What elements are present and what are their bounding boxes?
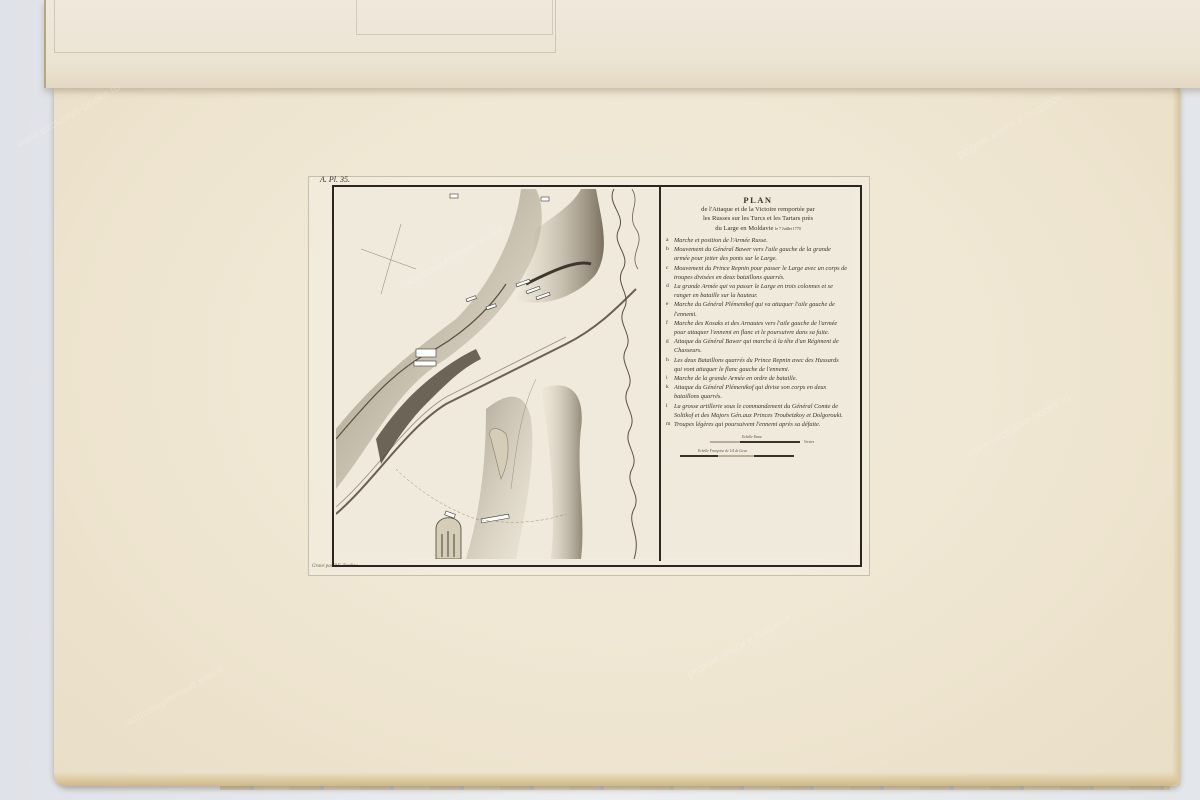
legend-list: aMarche et position de l'Armée Russe. bM…	[662, 236, 854, 429]
legend-key: a	[666, 236, 674, 245]
show-through-plate-inner	[356, 0, 553, 35]
legend-item: iMarche de la grande Armée en ordre de b…	[666, 374, 848, 383]
legend-item: bMouvement du Général Bawer vers l'aile …	[666, 245, 848, 263]
subtitle-line: du Large en Moldavie le 7 Juillet 1770	[666, 224, 850, 233]
legend-text: Les deux Bataillons quarrés du Prince Re…	[674, 356, 848, 374]
legend-item: dLa grande Armée qui va passer le Large …	[666, 282, 848, 300]
scale-bar-russian	[740, 441, 800, 443]
scale-bar-french	[754, 455, 794, 457]
legend-item: gAttaque du Général Bawer qui marche à l…	[666, 337, 848, 355]
legend-subtitle: de l'Attaque et de la Victoire remportée…	[662, 205, 854, 233]
subtitle-line: de l'Attaque et de la Victoire remportée…	[666, 205, 850, 214]
legend-item: aMarche et position de l'Armée Russe.	[666, 236, 848, 245]
plate-number: A. Pl. 35.	[320, 175, 350, 184]
legend-text: Mouvement du Général Bawer vers l'aile g…	[674, 245, 848, 263]
legend-text: Marche des Kosaks et des Arnautes vers l…	[674, 319, 848, 337]
scale-russian-label: Echelle Russe	[742, 435, 762, 439]
legend-key: d	[666, 282, 674, 300]
legend-divider	[659, 187, 661, 561]
deckle-edge	[1172, 86, 1180, 786]
legend-key: i	[666, 374, 674, 383]
legend-key: k	[666, 383, 674, 401]
ridge-southeast	[541, 385, 582, 559]
map-scales: Echelle Russe Verstes Echelle Françoise …	[662, 435, 854, 475]
legend-item: mTroupes légères qui poursuivent l'ennem…	[666, 420, 848, 429]
legend-key: l	[666, 402, 674, 420]
legend-item: fMarche des Kosaks et des Arnautes vers …	[666, 319, 848, 337]
ridge-south	[466, 397, 532, 559]
subtitle-line: les Russes sur les Turcs et les Tartars …	[666, 214, 850, 223]
legend-text: Attaque du Général Plémenikof qui divise…	[674, 383, 848, 401]
legend-item: eMarche du Général Plémenikof qui va att…	[666, 300, 848, 318]
folded-top-leaf	[44, 0, 1200, 88]
legend-key: g	[666, 337, 674, 355]
legend-item: hLes deux Bataillons quarrés du Prince R…	[666, 356, 848, 374]
scale-russian-unit: Verstes	[804, 440, 814, 444]
legend-date: le 7 Juillet 1770	[775, 226, 801, 231]
legend-key: h	[666, 356, 674, 374]
legend-key: b	[666, 245, 674, 263]
scale-bar-french	[718, 455, 754, 457]
scale-french-label: Echelle Françoise de 1/4 de Lieue	[698, 449, 747, 453]
legend-text: Marche de la grande Armée en ordre de ba…	[674, 374, 848, 383]
map-legend: PLAN de l'Attaque et de la Victoire remp…	[662, 189, 854, 559]
subtitle-line-text: du Large en Moldavie	[715, 225, 773, 232]
legend-key: f	[666, 319, 674, 337]
legend-text: Marche et position de l'Armée Russe.	[674, 236, 848, 245]
scale-bar-russian	[710, 441, 740, 443]
legend-item: kAttaque du Général Plémenikof qui divis…	[666, 383, 848, 401]
legend-text: Marche du Général Plémenikof qui va atta…	[674, 300, 848, 318]
legend-title: PLAN	[662, 195, 854, 205]
legend-text: La grosse artillerie sous le commandemen…	[674, 402, 848, 420]
engraved-map	[336, 189, 658, 559]
legend-text: Mouvement du Prince Repnin pour passer l…	[674, 264, 848, 282]
scale-bar-french	[680, 455, 718, 457]
legend-item: lLa grosse artillerie sous le commandeme…	[666, 402, 848, 420]
river-east	[612, 189, 636, 559]
legend-key: e	[666, 300, 674, 318]
legend-text: La grande Armée qui va passer le Large e…	[674, 282, 848, 300]
legend-key: c	[666, 264, 674, 282]
legend-item: cMouvement du Prince Repnin pour passer …	[666, 264, 848, 282]
legend-text: Attaque du Général Bawer qui marche à la…	[674, 337, 848, 355]
battle-map-drawing	[336, 189, 658, 559]
legend-text: Troupes légères qui poursuivent l'ennemi…	[674, 420, 848, 429]
legend-key: m	[666, 420, 674, 429]
